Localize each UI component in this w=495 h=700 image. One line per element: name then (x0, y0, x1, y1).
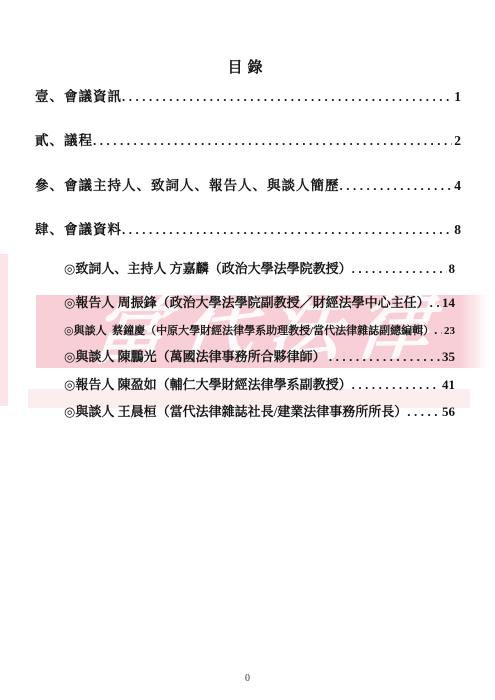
dot-leader (434, 321, 442, 340)
toc-entry-row: ◎與談人 蔡鐘慶（中原大學財經法律學系助理教授/當代法律雜誌副總編輯） 23 (0, 321, 495, 338)
toc-section-label: 壹、會議資訊 (35, 88, 122, 105)
page-number: 2 (454, 132, 462, 149)
toc-entry-row: ◎報告人 陳盈如（輔仁大學財經法律學系副教授） 41 (0, 376, 495, 393)
page-number: 41 (442, 376, 455, 393)
toc-section-label: 參、會議主持人、致詞人、報告人、與談人簡歷 (35, 177, 340, 194)
toc-section-row: 壹、會議資訊 1 (0, 88, 495, 105)
toc-section-row: 參、會議主持人、致詞人、報告人、與談人簡歷 4 (0, 177, 495, 194)
toc-entry-label: ◎與談人 陳鵬光（萬國法律事務所合夥律師） (64, 348, 329, 365)
page-number: 14 (442, 294, 455, 311)
dot-leader (430, 294, 440, 311)
page-number: 4 (454, 177, 462, 194)
document-title: 目錄 (0, 58, 495, 78)
dot-leader (93, 132, 452, 149)
toc-entry-row: ◎致詞人、主持人 方嘉麟（政治大學法學院教授） 8 (0, 260, 495, 277)
footer-page-number: 0 (0, 673, 495, 684)
dot-leader (340, 177, 453, 194)
dot-leader (122, 88, 452, 105)
page-number: 8 (454, 221, 462, 238)
page-number: 1 (454, 88, 462, 105)
dot-leader (352, 376, 440, 393)
toc-entry-label: ◎與談人 王晨桓（當代法律雜誌社長/建業法律事務所所長） (64, 403, 407, 420)
toc-entry-row: ◎報告人 周振鋒（政治大學法學院副教授／財經法學中心主任） 14 (0, 294, 495, 311)
toc-content: 目錄 壹、會議資訊 1 貳、議程 2 參、會議主持人、致詞人、報告人、與談人簡歷… (0, 0, 495, 700)
toc-section-row: 貳、議程 2 (0, 132, 495, 149)
page-number: 23 (444, 323, 455, 340)
toc-entry-label: ◎致詞人、主持人 方嘉麟（政治大學法學院教授） (64, 260, 352, 277)
dot-leader (329, 348, 440, 365)
toc-section-label: 肆、會議資料 (35, 221, 122, 238)
toc-entry-label: ◎報告人 陳盈如（輔仁大學財經法律學系副教授） (64, 376, 352, 393)
toc-entry-label: ◎與談人 蔡鐘慶（中原大學財經法律學系助理教授/當代法律雜誌副總編輯） (64, 323, 434, 340)
toc-entry-row: ◎與談人 王晨桓（當代法律雜誌社長/建業法律事務所所長） 56 (0, 403, 495, 420)
document-page: 當代法律 目錄 壹、會議資訊 1 貳、議程 2 參、會議主持人、致詞人、報告人、… (0, 0, 495, 700)
toc-section-label: 貳、議程 (35, 132, 93, 149)
toc-section-row: 肆、會議資料 8 (0, 221, 495, 238)
toc-entry-row: ◎與談人 陳鵬光（萬國法律事務所合夥律師） 35 (0, 348, 495, 365)
dot-leader (122, 221, 452, 238)
page-number: 35 (442, 348, 455, 365)
toc-entry-label: ◎報告人 周振鋒（政治大學法學院副教授／財經法學中心主任） (64, 294, 430, 311)
page-number: 56 (442, 403, 455, 420)
dot-leader (352, 260, 447, 277)
page-number: 8 (449, 260, 456, 277)
dot-leader (407, 403, 440, 420)
